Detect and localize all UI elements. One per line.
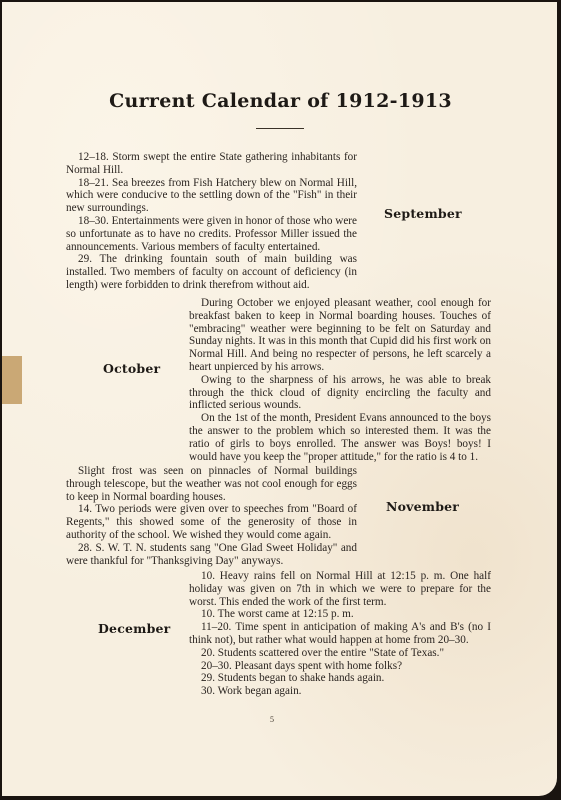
entry: 20. Students scattered over the entire "… (189, 647, 491, 660)
page-number: 5 (270, 715, 274, 724)
entry: 10. The worst came at 12:15 p. m. (189, 608, 491, 621)
month-heading-october: October (103, 361, 160, 376)
november-entries: Slight frost was seen on pinnacles of No… (66, 465, 357, 567)
month-heading-november: November (386, 499, 459, 514)
september-entries: 12–18. Storm swept the entire State gath… (66, 151, 357, 292)
entry: 18–30. Entertainments were given in hono… (66, 215, 357, 253)
entry: 14. Two periods were given over to speec… (66, 503, 357, 541)
month-heading-december: December (98, 621, 170, 636)
december-entries: 10. Heavy rains fell on Normal Hill at 1… (189, 570, 491, 698)
entry: 10. Heavy rains fell on Normal Hill at 1… (189, 570, 491, 608)
entry: During October we enjoyed pleasant weath… (189, 297, 491, 374)
page-title: Current Calendar of 1912-1913 (0, 90, 561, 112)
tape-mark (2, 356, 22, 404)
entry: Owing to the sharpness of his arrows, he… (189, 374, 491, 412)
entry: 30. Work began again. (189, 685, 491, 698)
title-divider (256, 128, 304, 129)
entry: 29. Students began to shake hands again. (189, 672, 491, 685)
entry: 28. S. W. T. N. students sang "One Glad … (66, 542, 357, 568)
entry: 11–20. Time spent in anticipation of mak… (189, 621, 491, 647)
entry: 20–30. Pleasant days spent with home fol… (189, 660, 491, 673)
entry: Slight frost was seen on pinnacles of No… (66, 465, 357, 503)
entry: 12–18. Storm swept the entire State gath… (66, 151, 357, 177)
entry: 29. The drinking fountain south of main … (66, 253, 357, 291)
entry: On the 1st of the month, President Evans… (189, 412, 491, 463)
october-entries: During October we enjoyed pleasant weath… (189, 297, 491, 463)
month-heading-september: September (384, 206, 462, 221)
entry: 18–21. Sea breezes from Fish Hatchery bl… (66, 177, 357, 215)
